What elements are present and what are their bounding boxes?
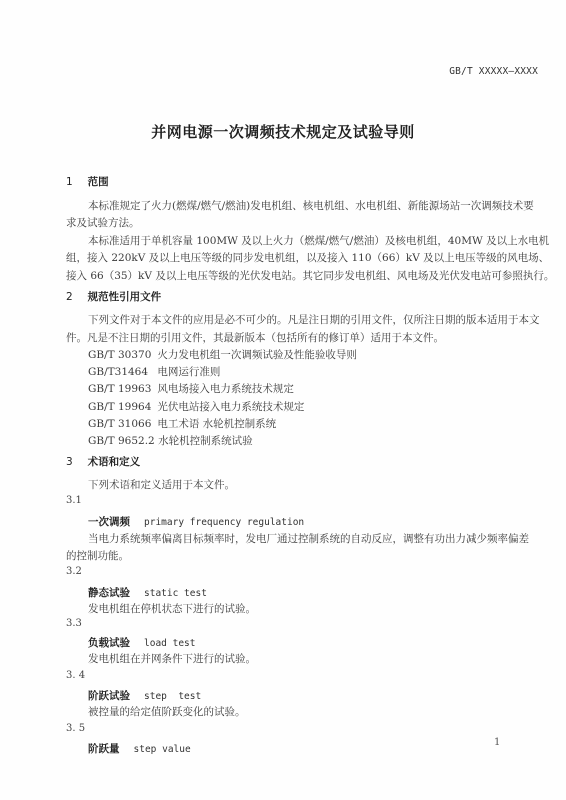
reference-code: GB/T 30370 xyxy=(88,348,154,362)
section-title: 规范性引用文件 xyxy=(88,291,162,303)
paragraph-line: 下列文件对于本文件的应用是必不可少的。凡是注日期的引用文件，仅所注日期的版本适用… xyxy=(88,313,540,327)
clause-number: 3.1 xyxy=(66,495,82,506)
term-english: static test xyxy=(144,588,207,599)
term-english: step test xyxy=(144,691,201,702)
reference-code: GB/T 19964 xyxy=(88,400,154,414)
term-english: step value xyxy=(134,744,191,755)
section-number: 2 xyxy=(66,291,84,303)
term-entry: 阶跃量step value xyxy=(88,741,191,756)
clause-number: 3.3 xyxy=(66,618,82,629)
term-entry: 负载试验load test xyxy=(88,635,195,650)
standard-code: GB/T XXXXX—XXXX xyxy=(449,66,538,77)
paragraph-line: 求及试验方法。 xyxy=(66,216,140,230)
reference-title: 水轮机控制系统试验 xyxy=(158,435,253,447)
reference-title: 电工术语 水轮机控制系统 xyxy=(157,418,276,430)
document-title: 并网电源一次调频技术规定及试验导则 xyxy=(0,121,566,142)
reference-item: GB/T 31066 电工术语 水轮机控制系统 xyxy=(88,417,276,431)
section-heading-terms-definitions: 3 术语和定义 xyxy=(66,454,140,469)
term-chinese: 阶跃量 xyxy=(88,743,120,755)
reference-code: GB/T 31066 xyxy=(88,417,154,431)
section-title: 范围 xyxy=(88,176,109,188)
reference-code: GB/T 9652.2 xyxy=(88,434,155,448)
section-heading-normative-references: 2 规范性引用文件 xyxy=(66,289,161,304)
paragraph-line: 接入 66（35）kV 及以上电压等级的光伏发电站。其它同步发电机组、风电场及光… xyxy=(66,269,554,283)
reference-title: 火力发电机组一次调频试验及性能验收导则 xyxy=(157,349,357,361)
term-chinese: 阶跃试验 xyxy=(88,690,130,702)
reference-item: GB/T 9652.2 水轮机控制系统试验 xyxy=(88,434,253,448)
paragraph-line: 本标准规定了火力(燃煤/燃气/燃油)发电机组、核电机组、水电机组、新能源场站一次… xyxy=(88,199,534,213)
paragraph-line: 本标准适用于单机容量 100MW 及以上火力（燃煤/燃气/燃油）及核电机组，40… xyxy=(88,234,549,248)
reference-item: GB/T 19964 光伏电站接入电力系统技术规定 xyxy=(88,400,304,414)
term-chinese: 负载试验 xyxy=(88,637,130,649)
reference-title: 光伏电站接入电力系统技术规定 xyxy=(157,401,304,413)
reference-item: GB/T 19963 风电场接入电力系统技术规定 xyxy=(88,382,294,396)
definition-line: 的控制功能。 xyxy=(66,549,129,563)
section-title: 术语和定义 xyxy=(88,456,141,468)
clause-number: 3. 4 xyxy=(66,670,85,681)
term-entry: 阶跃试验step test xyxy=(88,688,201,703)
paragraph-line: 下列术语和定义适用于本文件。 xyxy=(88,478,235,492)
section-number: 1 xyxy=(66,176,84,188)
term-chinese: 静态试验 xyxy=(88,587,130,599)
term-entry: 一次调频primary frequency regulation xyxy=(88,514,304,529)
document-page: GB/T XXXXX—XXXX 并网电源一次调频技术规定及试验导则 1 范围 本… xyxy=(0,0,566,800)
reference-title: 电网运行准则 xyxy=(157,366,220,378)
reference-item: GB/T 30370 火力发电机组一次调频试验及性能验收导则 xyxy=(88,348,357,362)
reference-code: GB/T 19963 xyxy=(88,382,154,396)
term-entry: 静态试验static test xyxy=(88,585,207,600)
term-english: load test xyxy=(144,638,195,649)
paragraph-line: 组，接入 220kV 及以上电压等级的同步发电机组，以及接入 110（66）kV… xyxy=(66,251,549,265)
page-number: 1 xyxy=(494,737,500,748)
clause-number: 3. 5 xyxy=(66,723,85,734)
definition-line: 当电力系统频率偏离目标频率时，发电厂通过控制系统的自动反应，调整有功出力减少频率… xyxy=(88,532,529,546)
term-chinese: 一次调频 xyxy=(88,516,130,528)
section-number: 3 xyxy=(66,456,84,468)
clause-number: 3.2 xyxy=(66,566,82,577)
definition-line: 发电机组在并网条件下进行的试验。 xyxy=(88,652,256,666)
reference-item: GB/T31464 电网运行准则 xyxy=(88,365,220,379)
section-heading-scope: 1 范围 xyxy=(66,174,109,189)
definition-line: 发电机组在停机状态下进行的试验。 xyxy=(88,602,256,616)
term-english: primary frequency regulation xyxy=(144,517,304,528)
paragraph-line: 件。凡是不注日期的引用文件，其最新版本（包括所有的修订单）适用于本文件。 xyxy=(66,331,444,345)
definition-line: 被控量的给定值阶跃变化的试验。 xyxy=(88,705,246,719)
reference-code: GB/T31464 xyxy=(88,365,154,379)
reference-title: 风电场接入电力系统技术规定 xyxy=(157,383,294,395)
